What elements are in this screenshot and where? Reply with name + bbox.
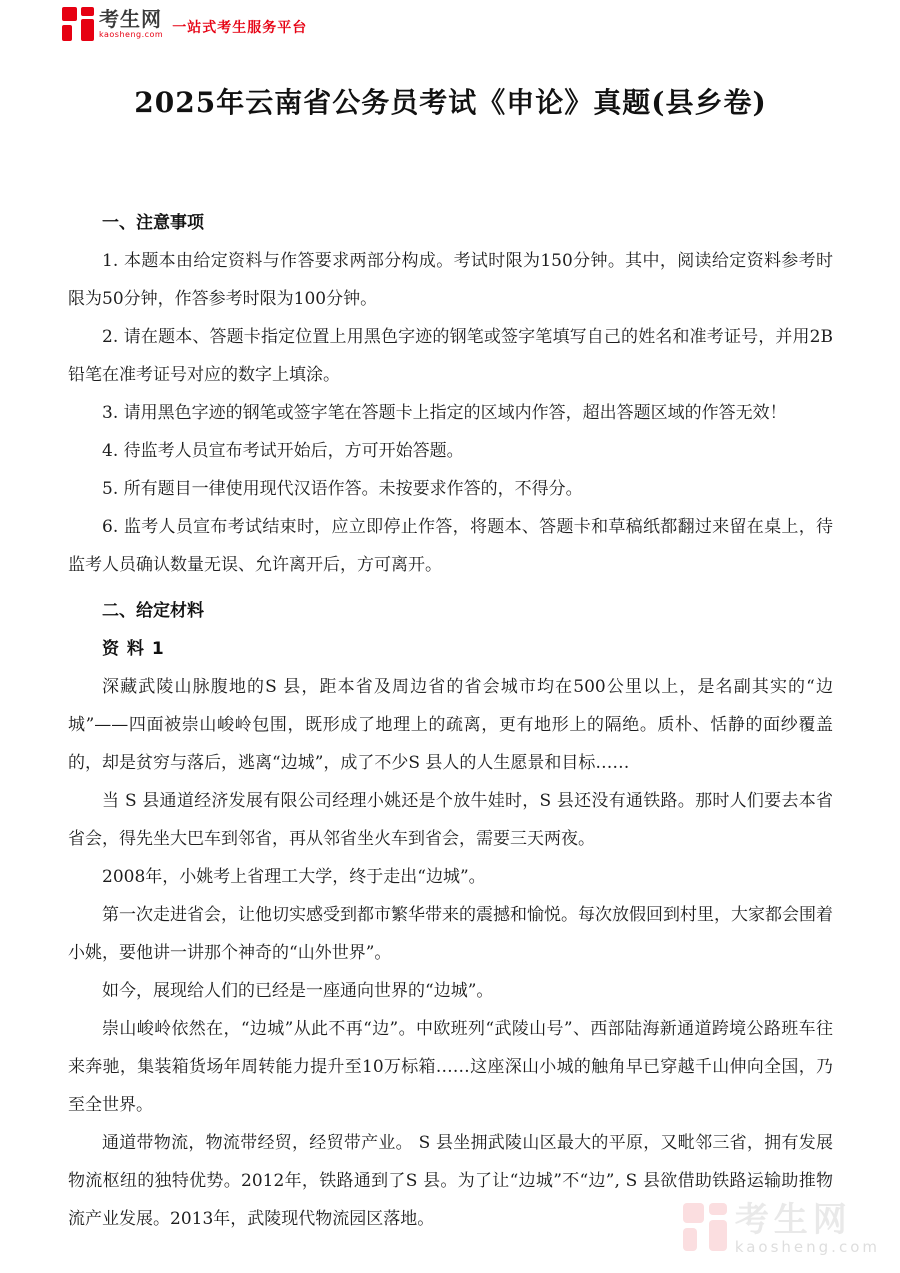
watermark-text: 考生网 kaosheng.com xyxy=(735,1203,880,1255)
logo-block xyxy=(81,19,94,41)
notice-paragraph-5: 5. 所有题目一律使用现代汉语作答。未按要求作答的，不得分。 xyxy=(68,470,833,508)
section-heading-materials: 二、给定材料 xyxy=(68,592,833,630)
notice-paragraph-6: 6. 监考人员宣布考试结束时，应立即停止作答，将题本、答题卡和草稿纸都翻过来留在… xyxy=(68,508,833,584)
watermark-logo-block xyxy=(683,1203,704,1223)
logo-block xyxy=(62,25,72,41)
material-paragraph-1: 深藏武陵山脉腹地的S 县，距本省及周边省的省会城市均在500公里以上，是名副其实… xyxy=(68,668,833,782)
section-heading-notice: 一、注意事项 xyxy=(68,204,833,242)
material-paragraph-3: 2008年，小姚考上省理工大学，终于走出“边城”。 xyxy=(68,858,833,896)
material-paragraph-2: 当 S 县通道经济发展有限公司经理小姚还是个放牛娃时，S 县还没有通铁路。那时人… xyxy=(68,782,833,858)
logo-block xyxy=(62,7,77,21)
notice-paragraph-1: 1. 本题本由给定资料与作答要求两部分构成。考试时限为150分钟。其中，阅读给定… xyxy=(68,242,833,318)
brand-text[interactable]: 考生网 kaosheng.com xyxy=(99,9,163,39)
material-1-heading: 资 料 1 xyxy=(68,630,833,668)
brand-tagline: 一站式考生服务平台 xyxy=(172,11,307,37)
kaosheng-watermark: 考生网 kaosheng.com xyxy=(683,1203,880,1255)
notice-paragraph-3: 3. 请用黑色字迹的钢笔或签字笔在答题卡上指定的区域内作答，超出答题区域的作答无… xyxy=(68,394,833,432)
material-paragraph-6: 崇山峻岭依然在，“边城”从此不再“边”。中欧班列“武陵山号”、西部陆海新通道跨境… xyxy=(68,1010,833,1124)
watermark-brand-name: 考生网 xyxy=(735,1203,880,1237)
watermark-logo-block xyxy=(683,1228,697,1251)
kaosheng-watermark-icon xyxy=(683,1203,727,1251)
watermark-logo-block xyxy=(709,1203,727,1215)
brand-domain: kaosheng.com xyxy=(99,31,163,39)
material-paragraph-4: 第一次走进省会，让他切实感受到都市繁华带来的震撼和愉悦。每次放假回到村里，大家都… xyxy=(68,896,833,972)
material-paragraph-5: 如今，展现给人们的已经是一座通向世界的“边城”。 xyxy=(68,972,833,1010)
logo-block xyxy=(81,7,94,16)
watermark-brand-domain: kaosheng.com xyxy=(735,1240,880,1255)
kaosheng-logo-icon[interactable] xyxy=(62,7,94,41)
exam-document: 2025年云南省公务员考试《申论》真题(县乡卷) 一、注意事项 1. 本题本由给… xyxy=(0,0,900,1238)
page-title: 2025年云南省公务员考试《申论》真题(县乡卷) xyxy=(68,84,833,122)
notice-paragraph-4: 4. 待监考人员宣布考试开始后，方可开始答题。 xyxy=(68,432,833,470)
site-header: 考生网 kaosheng.com 一站式考生服务平台 xyxy=(62,5,307,43)
brand-name: 考生网 xyxy=(99,9,163,29)
watermark-logo-block xyxy=(709,1220,727,1251)
notice-paragraph-2: 2. 请在题本、答题卡指定位置上用黑色字迹的钢笔或签字笔填写自己的姓名和准考证号… xyxy=(68,318,833,394)
